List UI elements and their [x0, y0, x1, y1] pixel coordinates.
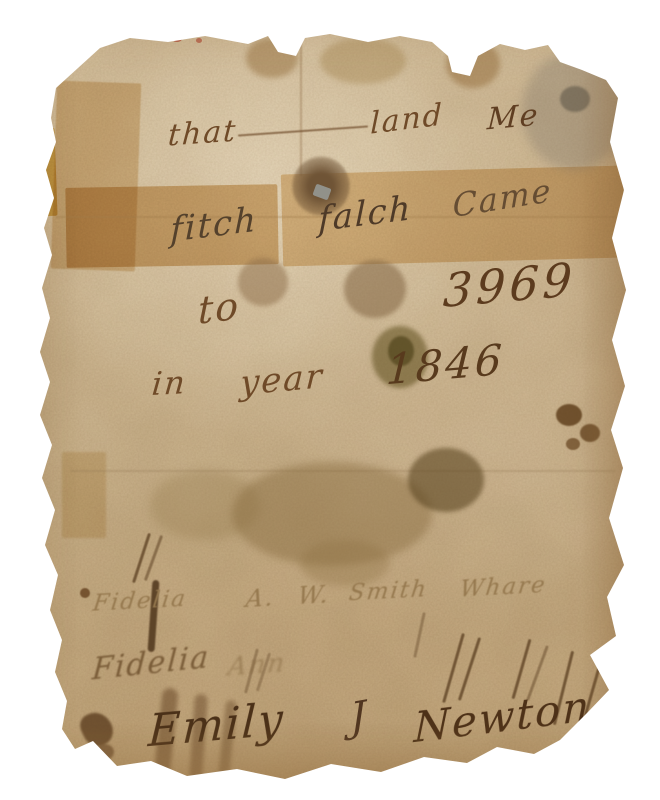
word-land: land	[370, 97, 444, 141]
tape-patch-lower-left	[62, 452, 106, 538]
edge-vignette	[0, 0, 660, 800]
pen-stroke	[553, 651, 574, 725]
gray-chip-in-blot	[312, 184, 331, 201]
dark-spot-right-2	[580, 424, 600, 442]
initial-w: W.	[296, 580, 332, 610]
pen-stroke	[244, 648, 259, 693]
ink-smear-1	[153, 687, 179, 780]
bottom-edge-darkening	[0, 0, 660, 800]
pen-stroke	[602, 659, 624, 719]
tape-strip-left	[65, 184, 278, 268]
pen-stroke	[442, 633, 465, 703]
number-1846: 1846	[385, 335, 506, 395]
pen-stroke	[526, 645, 549, 701]
pen-stroke	[581, 649, 605, 725]
center-stain-left-lobe	[150, 470, 260, 540]
pen-stroke	[256, 653, 271, 692]
paper-grain-texture	[0, 0, 660, 800]
vertical-crease	[300, 26, 302, 176]
scribble-fidelia: Fidelia	[91, 640, 211, 688]
word-in: in	[150, 363, 188, 403]
word-falch: falch	[318, 188, 413, 240]
tape-patch-top-left	[51, 81, 142, 272]
dark-spot-right-3	[566, 438, 580, 450]
horizontal-crease-upper	[56, 216, 616, 218]
smudge-top-right-gray	[522, 52, 626, 170]
word-fitch: fitch	[170, 199, 258, 250]
signature-newton: Newton	[413, 681, 591, 752]
stain-top-edge-left	[246, 38, 298, 78]
aged-paper-sheet: that land Me fitch falch Came to 3969 in…	[0, 0, 660, 800]
olive-blot-core	[388, 336, 414, 366]
tape-sliver-left-edge	[36, 128, 57, 217]
initial-a: A.	[244, 583, 276, 613]
right-edge-darkening	[0, 0, 660, 800]
word-fidelia: Fidelia	[91, 585, 188, 616]
paper-mottle-texture	[0, 0, 660, 800]
scribble-ann: Ann	[226, 648, 287, 682]
pen-stroke	[413, 612, 425, 658]
stain-top-edge-center	[320, 38, 406, 84]
stain-top-edge-right	[446, 40, 500, 88]
pen-stroke	[512, 639, 532, 699]
smudge-top-right-speckle	[560, 86, 590, 112]
word-that: that	[167, 113, 239, 153]
round-blot-on-tape	[292, 156, 350, 216]
center-stain-core	[408, 448, 484, 512]
bold-downstroke	[147, 580, 159, 652]
pen-stroke	[144, 535, 163, 581]
pen-stroke	[132, 533, 151, 583]
horizontal-crease-middle	[70, 470, 615, 472]
word-year: year	[239, 356, 325, 404]
dark-spot-right-1	[556, 404, 582, 426]
small-dot-left	[80, 588, 90, 598]
tape-strip-right	[281, 166, 625, 267]
round-stain-right	[344, 260, 406, 318]
red-tick-top-2	[196, 38, 202, 43]
center-stain-main	[232, 462, 432, 566]
word-smith: Smith	[347, 576, 429, 606]
number-3969: 3969	[442, 252, 577, 318]
pen-stroke	[458, 637, 481, 701]
word-to: to	[198, 283, 241, 333]
word-me: Me	[486, 98, 540, 138]
center-stain-tail	[300, 540, 390, 586]
scanned-document: that land Me fitch falch Came to 3969 in…	[0, 0, 660, 800]
round-stain-left	[238, 258, 288, 306]
word-came: Came	[452, 171, 552, 225]
ink-smear-3	[218, 700, 237, 779]
word-whare: Whare	[458, 572, 548, 603]
flap-mark-bottom-left-1	[76, 707, 118, 750]
pen-connecting-stroke	[238, 125, 368, 136]
flap-mark-bottom-left-2	[96, 744, 114, 760]
ink-smear-2	[189, 694, 208, 781]
olive-blot-under-year	[372, 326, 428, 388]
red-tick-top-1	[172, 36, 182, 42]
signature-j: J	[349, 692, 368, 742]
signature-emily: Emily	[147, 694, 286, 757]
